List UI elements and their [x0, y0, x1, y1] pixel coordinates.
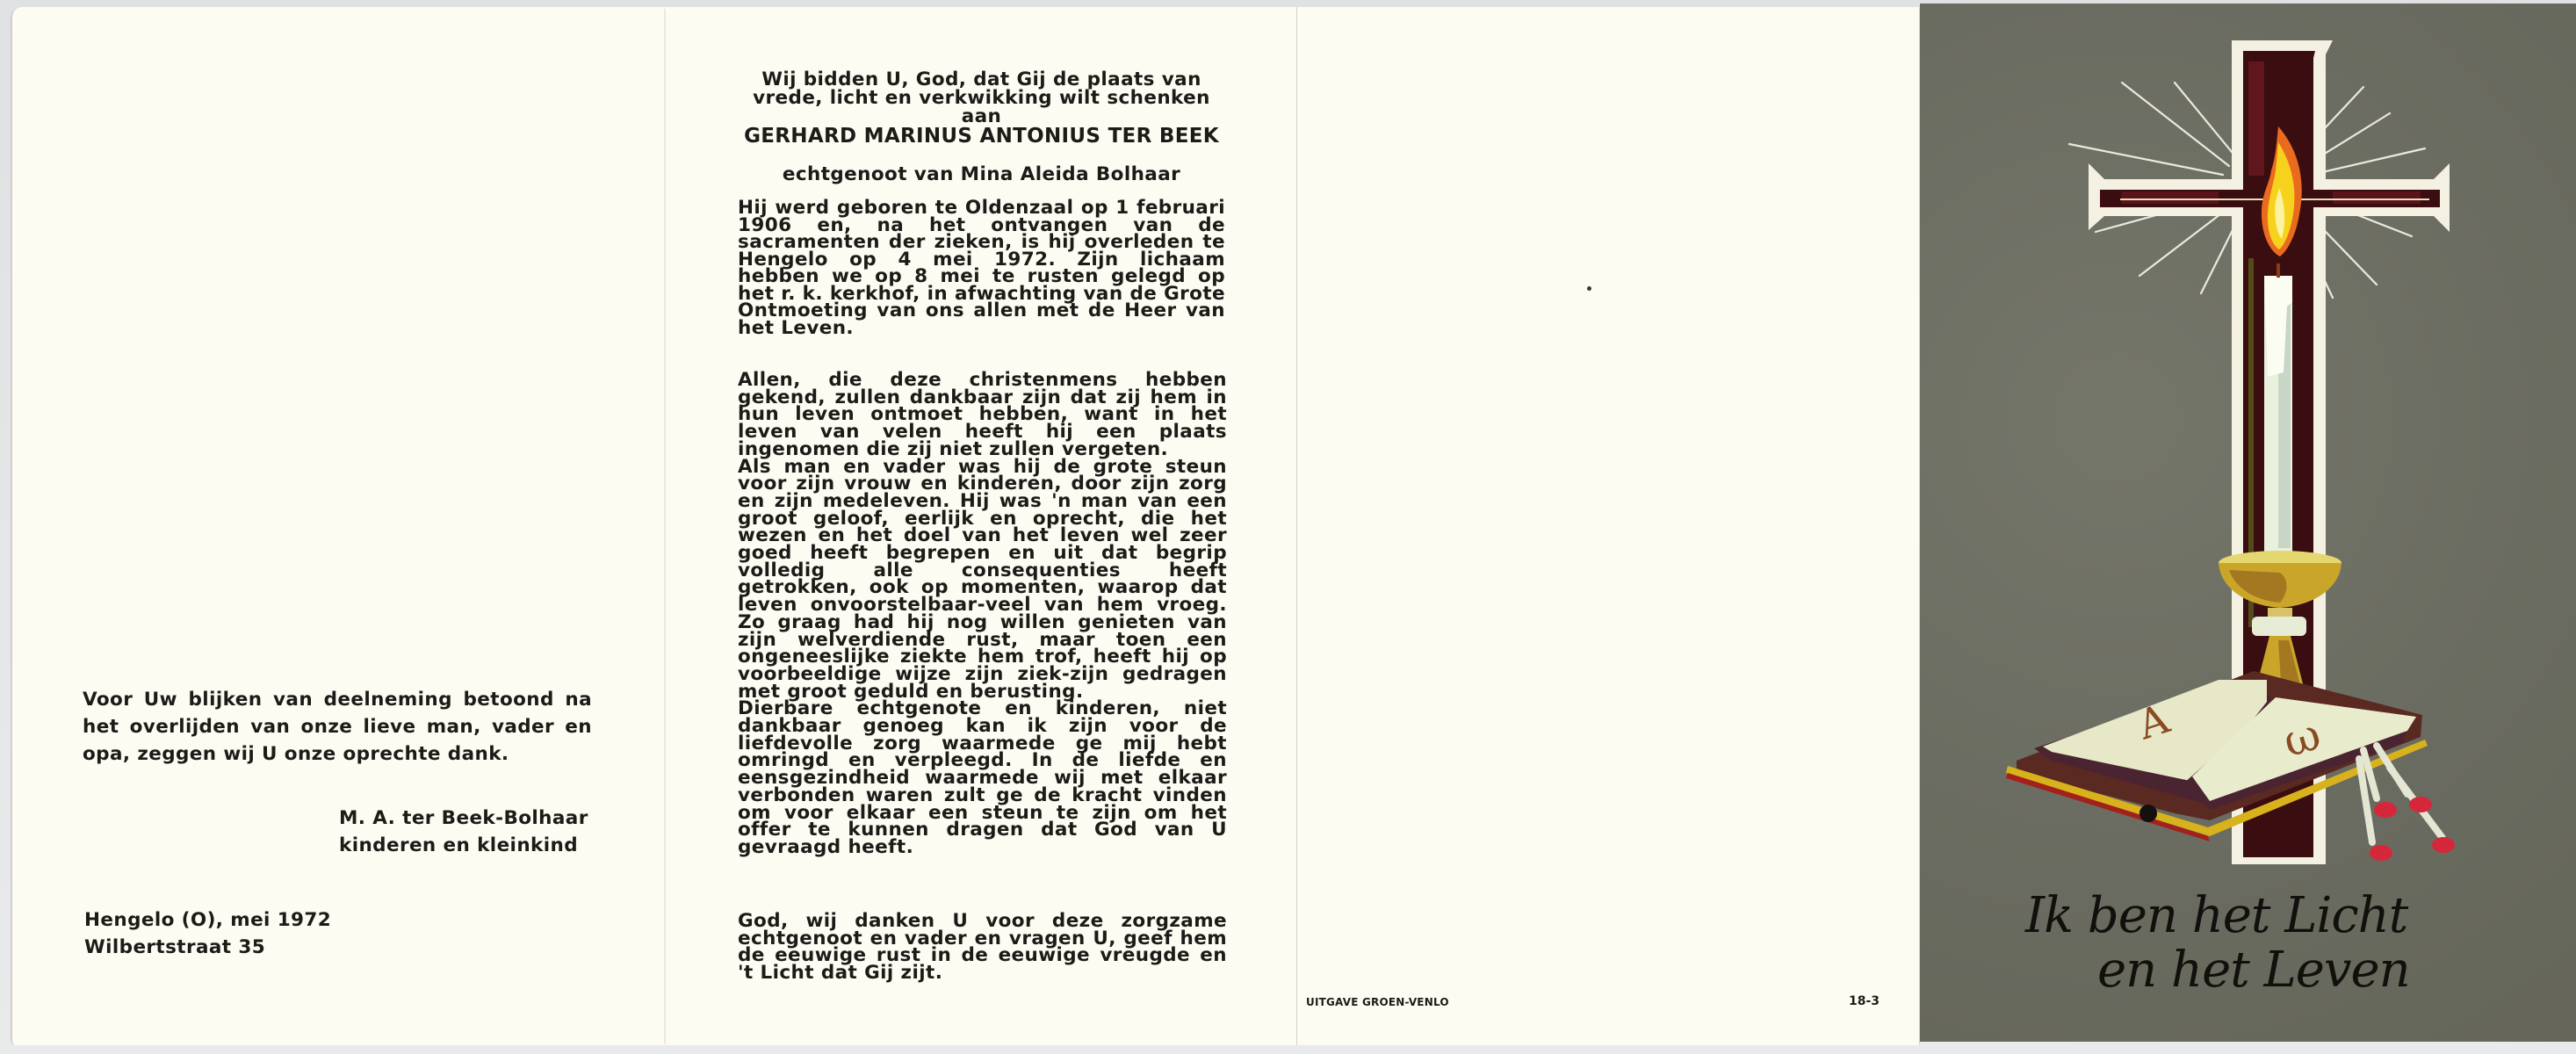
cover-title: Ik ben het Licht en het Leven: [2025, 889, 2482, 998]
deceased-name: GERHARD MARINUS ANTONIUS TER BEEK: [738, 127, 1225, 146]
cover-panel: Α ω Ik ben het Licht en het Leven: [1920, 4, 2576, 1042]
thanks-message: Voor Uw blijken van deelneming betoond n…: [83, 686, 592, 768]
back-panel: UITGAVE GROEN-VENLO 18-3: [1296, 7, 1920, 1045]
publisher-imprint: UITGAVE GROEN-VENLO: [1306, 996, 1449, 1008]
print-speck: [1587, 286, 1591, 291]
cover-title-line-2: en het Leven: [2025, 943, 2482, 998]
tribute-paragraph: Dierbare echtgenote en kinderen, niet da…: [738, 700, 1227, 855]
signature: M. A. ter Beek-Bolhaar kinderen en klein…: [339, 805, 588, 859]
spouse-line: echtgenoot van Mina Aleida Bolhaar: [738, 165, 1225, 184]
signature-family: kinderen en kleinkind: [339, 832, 588, 859]
thanks-panel: Voor Uw blijken van deelneming betoond n…: [11, 7, 666, 1045]
cover-title-line-1: Ik ben het Licht: [2025, 887, 2407, 944]
street-address: Wilbertstraat 35: [84, 934, 331, 961]
card-number: 18-3: [1849, 994, 1880, 1008]
obituary-panel: Wij bidden U, God, dat Gij de plaats van…: [666, 7, 1296, 1045]
tribute: Allen, die deze christenmens hebben geke…: [738, 372, 1227, 856]
closing-prayer: God, wij danken U voor deze zorgzame ech…: [738, 913, 1227, 981]
fold-line: [664, 9, 666, 1043]
tribute-paragraph: Als man en vader was hij de grote steun …: [738, 458, 1227, 701]
sender-address: Hengelo (O), mei 1972 Wilbertstraat 35: [84, 906, 331, 961]
cover-illustration: Α ω: [1920, 4, 2576, 882]
tribute-paragraph: Allen, die deze christenmens hebben geke…: [738, 372, 1227, 458]
place-date: Hengelo (O), mei 1972: [84, 906, 331, 934]
signature-name: M. A. ter Beek-Bolhaar: [339, 805, 588, 832]
biography: Hij werd geboren te Oldenzaal op 1 febru…: [738, 199, 1225, 336]
prayer-intro: Wij bidden U, God, dat Gij de plaats van…: [738, 70, 1225, 126]
candle-icon: [2264, 263, 2292, 557]
